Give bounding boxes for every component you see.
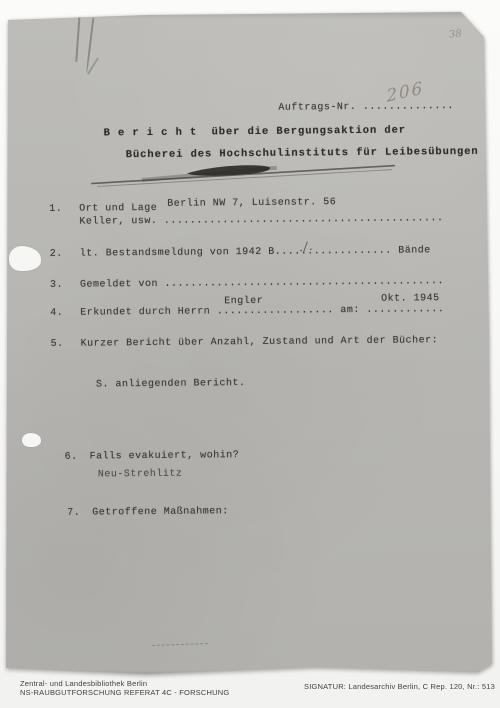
document-scan: 38 Auftrags-Nr. .............. 206 B e r… (0, 0, 500, 708)
item-1-label: Ort und Lage (79, 203, 157, 215)
item-2-text: lt. Bestandsmeldung von 1942 B (80, 247, 275, 260)
item-5-line: Kurzer Bericht über Anzahl, Zustand und … (81, 335, 439, 349)
item-7-line: Getroffene Maßnahmen: (92, 506, 229, 518)
item-4-date-above-line: Okt. 1945 (381, 293, 440, 305)
footer-signatur: SIGNATUR: Landesarchiv Berlin, C Rep. 12… (304, 683, 495, 692)
typed-content: Auftrags-Nr. .............. 206 B e r i … (0, 0, 500, 708)
item-4-text: Erkundet durch Herrn (80, 306, 217, 318)
item-number: 4. (50, 308, 63, 319)
footer-library-caption: Zentral- und Landesbibliothek Berlin NS-… (20, 680, 229, 697)
item-3-line: Gemeldet von ...........................… (80, 276, 444, 290)
item-number: 1. (49, 204, 62, 215)
item-2-unit: Bände (392, 245, 431, 256)
item-number: 6. (65, 452, 78, 463)
footer-department: NS-RAUBGUTFORSCHUNG REFERAT 4C - FORSCHU… (20, 689, 229, 698)
item-2-dotted-line: .................. (275, 246, 392, 258)
item-4-dotted-line-2: ............ (366, 304, 444, 316)
item-4-am-label: am: (334, 305, 367, 316)
item-number: 2. (50, 249, 63, 260)
item-6-line: Falls evakuiert, wohin? (90, 450, 240, 462)
item-1-value: Berlin NW 7, Luisenstr. 56 (167, 197, 336, 210)
item-4-dotted-line-1: .................. (217, 305, 334, 317)
item-number: 7. (67, 508, 80, 519)
evacuation-answer: Neu-Strehlitz (98, 469, 183, 481)
item-1-line2: Keller, usw. ...........................… (79, 213, 443, 227)
item-number: 5. (51, 339, 64, 350)
attachment-note: S. anliegenden Bericht. (96, 378, 246, 390)
auftrags-nr-line: Auftrags-Nr. .............. (278, 101, 454, 114)
report-title-line1: B e r i c h t über die Bergungsaktion de… (103, 124, 406, 139)
handwritten-nil-mark: ./. (298, 239, 314, 255)
pencil-underline-scribble (87, 159, 402, 190)
item-2-line: lt. Bestandsmeldung von 1942 B..........… (80, 245, 431, 259)
item-number: 3. (50, 280, 63, 291)
item-4-line: Erkundet durch Herrn .................. … (80, 304, 444, 318)
